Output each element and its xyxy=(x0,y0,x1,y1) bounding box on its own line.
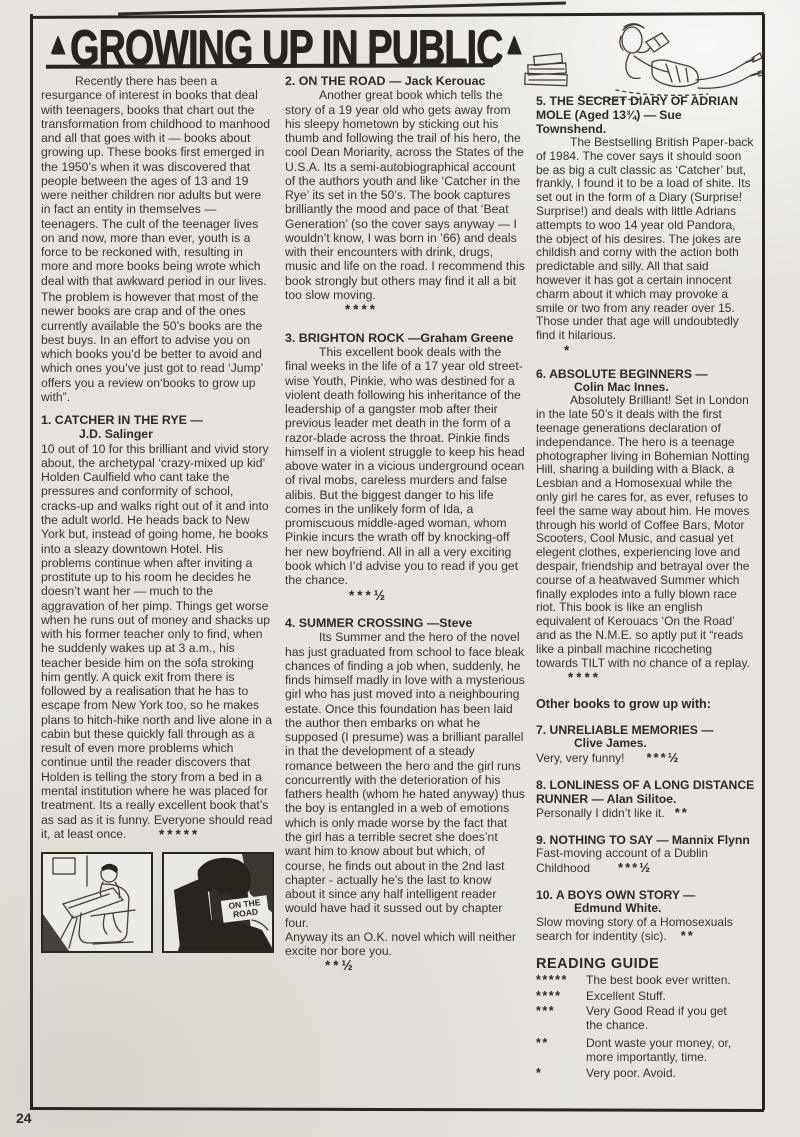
review-note: Slow moving story of a Homosexuals searc… xyxy=(536,915,733,944)
review-note: Very, very funny! xyxy=(536,751,624,765)
intro-paragraph-1: Recently there has been a resurgance of … xyxy=(41,74,274,288)
star-rating: ***½ xyxy=(618,860,652,875)
review-catcher-in-the-rye: 1. CATCHER IN THE RYE — J.D. Salinger 10… xyxy=(41,413,274,841)
page-title-text: GROWING UP IN PUBLIC xyxy=(70,19,502,74)
review-on-the-road: 2. ON THE ROAD — Jack Kerouac Another gr… xyxy=(285,74,525,317)
guide-row: *** Very Good Read if you get the chance… xyxy=(536,1004,755,1032)
review-body: This excellent book deals with the final… xyxy=(285,345,525,588)
star-rating: ***½ xyxy=(285,589,525,603)
star-rating: ** xyxy=(675,805,689,820)
reading-guide: READING GUIDE ***** The best book ever w… xyxy=(536,956,755,1081)
review-heading: 1. CATCHER IN THE RYE — xyxy=(41,413,274,427)
comic-panel-on-the-road: ON THE ROAD xyxy=(162,852,274,953)
star-rating: **½ xyxy=(285,959,525,973)
review-note: Personally I didn’t like it. xyxy=(536,806,665,820)
guide-text: Very Good Read if you get the chance. xyxy=(586,1004,736,1032)
column-3: 5. THE SECRET DIARY OF ADRIAN MOLE (Aged… xyxy=(536,74,755,1106)
comic-panel-armchair xyxy=(41,852,153,953)
review-author: J.D. Salinger xyxy=(41,427,274,441)
review-nothing-to-say: 9. NOTHING TO SAY — Mannix Flynn Fast-mo… xyxy=(536,833,755,876)
guide-stars: ** xyxy=(536,1036,586,1052)
column-1: Recently there has been a resurgance of … xyxy=(41,74,274,1106)
review-heading: 8. LONLINESS OF A LONG DISTANCE RUNNER —… xyxy=(536,778,755,806)
review-author: Edmund White. xyxy=(536,902,755,916)
review-body: Its Summer and the hero of the novel has… xyxy=(285,630,525,930)
guide-stars: **** xyxy=(536,989,586,1005)
review-adrian-mole: 5. THE SECRET DIARY OF ADRIAN MOLE (Aged… xyxy=(536,94,755,358)
review-body: Absolutely Brilliant! Set in London in t… xyxy=(536,394,755,670)
guide-text: The best book ever written. xyxy=(586,973,755,987)
review-brighton-rock: 3. BRIGHTON ROCK —Graham Greene This exc… xyxy=(285,331,525,602)
guide-row: **** Excellent Stuff. xyxy=(536,989,755,1005)
review-body: 10 out of 10 for this brilliant and vivi… xyxy=(41,442,274,841)
review-author: Clive James. xyxy=(536,737,755,751)
guide-row: ** Dont waste your money, or, more impor… xyxy=(536,1036,755,1064)
guide-stars: * xyxy=(536,1066,586,1082)
guide-row: ***** The best book ever written. xyxy=(536,973,755,989)
review-heading: 2. ON THE ROAD — Jack Kerouac xyxy=(285,74,525,88)
review-lonliness-runner: 8. LONLINESS OF A LONG DISTANCE RUNNER —… xyxy=(536,778,755,821)
guide-text: Dont waste your money, or, more importan… xyxy=(586,1036,736,1064)
intro-paragraph-2: The problem is however that most of the … xyxy=(41,290,274,404)
star-rating: ** xyxy=(681,928,695,943)
guide-stars: ***** xyxy=(536,973,586,989)
star-rating: * xyxy=(536,344,755,358)
review-author: Colin Mac Innes. xyxy=(536,381,755,395)
review-boys-own-story: 10. A BOYS OWN STORY — Edmund White. Slo… xyxy=(536,888,755,945)
review-body: The Bestselling British Paper-back of 19… xyxy=(536,136,755,343)
article-columns: Recently there has been a resurgance of … xyxy=(41,74,757,1106)
review-heading: 7. UNRELIABLE MEMORIES — xyxy=(536,723,755,737)
frame-right-line xyxy=(762,14,765,1110)
triangle-left-icon: ▲ xyxy=(46,26,70,60)
review-heading: 9. NOTHING TO SAY — Mannix Flynn xyxy=(536,833,755,847)
guide-row: * Very poor. Avoid. xyxy=(536,1066,755,1082)
armchair-reader-drawing xyxy=(43,854,153,951)
review-body: Another great book which tells the story… xyxy=(285,88,525,302)
star-rating: **** xyxy=(536,671,755,685)
review-heading: 3. BRIGHTON ROCK —Graham Greene xyxy=(285,331,525,345)
frame-bottom-line xyxy=(30,1107,764,1112)
review-heading: 4. SUMMER CROSSING —Steve xyxy=(285,616,525,630)
review-heading: 6. ABSOLUTE BEGINNERS — xyxy=(536,367,755,381)
guide-text: Very poor. Avoid. xyxy=(586,1066,755,1080)
review-heading: 5. THE SECRET DIARY OF ADRIAN MOLE (Aged… xyxy=(536,94,755,136)
review-absolute-beginners: 6. ABSOLUTE BEGINNERS — Colin Mac Innes.… xyxy=(536,367,755,685)
column-2: 2. ON THE ROAD — Jack Kerouac Another gr… xyxy=(285,74,525,1106)
star-rating: **** xyxy=(285,303,525,317)
comic-strip: ON THE ROAD xyxy=(41,852,274,953)
review-body-continued: Anyway its an O.K. novel which will neit… xyxy=(285,930,525,959)
page-title: ▲GROWING UP IN PUBLIC▲ xyxy=(46,18,526,75)
other-books-heading: Other books to grow up with: xyxy=(536,697,755,711)
frame-left-line xyxy=(30,14,33,1110)
review-summer-crossing: 4. SUMMER CROSSING —Steve Its Summer and… xyxy=(285,616,525,973)
review-heading: 10. A BOYS OWN STORY — xyxy=(536,888,755,902)
review-unreliable-memories: 7. UNRELIABLE MEMORIES — Clive James. Ve… xyxy=(536,723,755,766)
guide-text: Excellent Stuff. xyxy=(586,989,755,1003)
guide-stars: *** xyxy=(536,1004,586,1020)
star-rating: ***½ xyxy=(646,750,680,765)
page-number: 24 xyxy=(16,1110,32,1126)
reading-guide-title: READING GUIDE xyxy=(536,956,755,973)
